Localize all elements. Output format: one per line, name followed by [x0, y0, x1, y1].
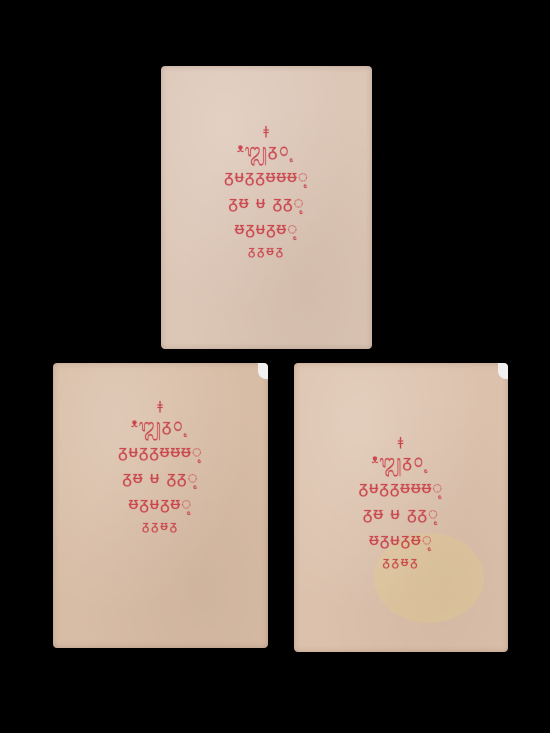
inscription-line-1: ǂ [263, 124, 270, 138]
inscription-line-6: ᵹᵹᵿᵹ [248, 242, 285, 262]
inscription-line-1: ǂ [157, 399, 164, 413]
red-stamp-inscription: ǂ ᵜ᭩ᵹ᭵ ᭬ ᵹᵾᵹᵹᵿᵿᵿ᭬ ᵹᵿ ᵾ ᵹᵹ᭬ ᵿᵹᵾᵹᵿ᭬ ᵹᵹᵿᵹ [53, 399, 268, 537]
red-stamp-inscription: ǂ ᵜ᭩ᵹ᭵ ᭬ ᵹᵾᵹᵹᵿᵿᵿ᭬ ᵹᵿ ᵾ ᵹᵹ᭬ ᵿᵹᵾᵹᵿ᭬ ᵹᵹᵿᵹ [161, 124, 372, 262]
inscription-line-1: ǂ [398, 435, 405, 449]
inscription-line-2: ᵜ᭩ᵹ᭵ ᭬ [237, 138, 296, 164]
inscription-line-2: ᵜ᭩ᵹ᭵ ᭬ [131, 413, 190, 439]
inscription-line-4: ᵹᵿ ᵾ ᵹᵹ᭬ [363, 501, 439, 527]
inscription-line-3: ᵹᵾᵹᵹᵿᵿᵿ᭬ [359, 475, 444, 501]
chipped-corner [258, 363, 268, 379]
inscription-line-4: ᵹᵿ ᵾ ᵹᵹ᭬ [228, 190, 304, 216]
inscription-line-3: ᵹᵾᵹᵹᵿᵿᵿ᭬ [118, 439, 203, 465]
inscription-line-5: ᵿᵹᵾᵹᵿ᭬ [129, 491, 193, 517]
amulet-card-top: ǂ ᵜ᭩ᵹ᭵ ᭬ ᵹᵾᵹᵹᵿᵿᵿ᭬ ᵹᵿ ᵾ ᵹᵹ᭬ ᵿᵹᵾᵹᵿ᭬ ᵹᵹᵿᵹ [161, 66, 372, 349]
inscription-line-5: ᵿᵹᵾᵹᵿ᭬ [369, 527, 433, 553]
inscription-line-5: ᵿᵹᵾᵹᵿ᭬ [235, 216, 299, 242]
amulet-card-bottom-right: ǂ ᵜ᭩ᵹ᭵ ᭬ ᵹᵾᵹᵹᵿᵿᵿ᭬ ᵹᵿ ᵾ ᵹᵹ᭬ ᵿᵹᵾᵹᵿ᭬ ᵹᵹᵿᵹ [294, 363, 508, 652]
inscription-line-6: ᵹᵹᵿᵹ [142, 517, 179, 537]
chipped-corner [498, 363, 508, 379]
inscription-line-2: ᵜ᭩ᵹ᭵ ᭬ [372, 449, 431, 475]
amulet-card-bottom-left: ǂ ᵜ᭩ᵹ᭵ ᭬ ᵹᵾᵹᵹᵿᵿᵿ᭬ ᵹᵿ ᵾ ᵹᵹ᭬ ᵿᵹᵾᵹᵿ᭬ ᵹᵹᵿᵹ [53, 363, 268, 648]
red-stamp-inscription: ǂ ᵜ᭩ᵹ᭵ ᭬ ᵹᵾᵹᵹᵿᵿᵿ᭬ ᵹᵿ ᵾ ᵹᵹ᭬ ᵿᵹᵾᵹᵿ᭬ ᵹᵹᵿᵹ [294, 435, 508, 573]
inscription-line-6: ᵹᵹᵿᵹ [382, 553, 419, 573]
inscription-line-4: ᵹᵿ ᵾ ᵹᵹ᭬ [122, 465, 198, 491]
inscription-line-3: ᵹᵾᵹᵹᵿᵿᵿ᭬ [224, 164, 309, 190]
